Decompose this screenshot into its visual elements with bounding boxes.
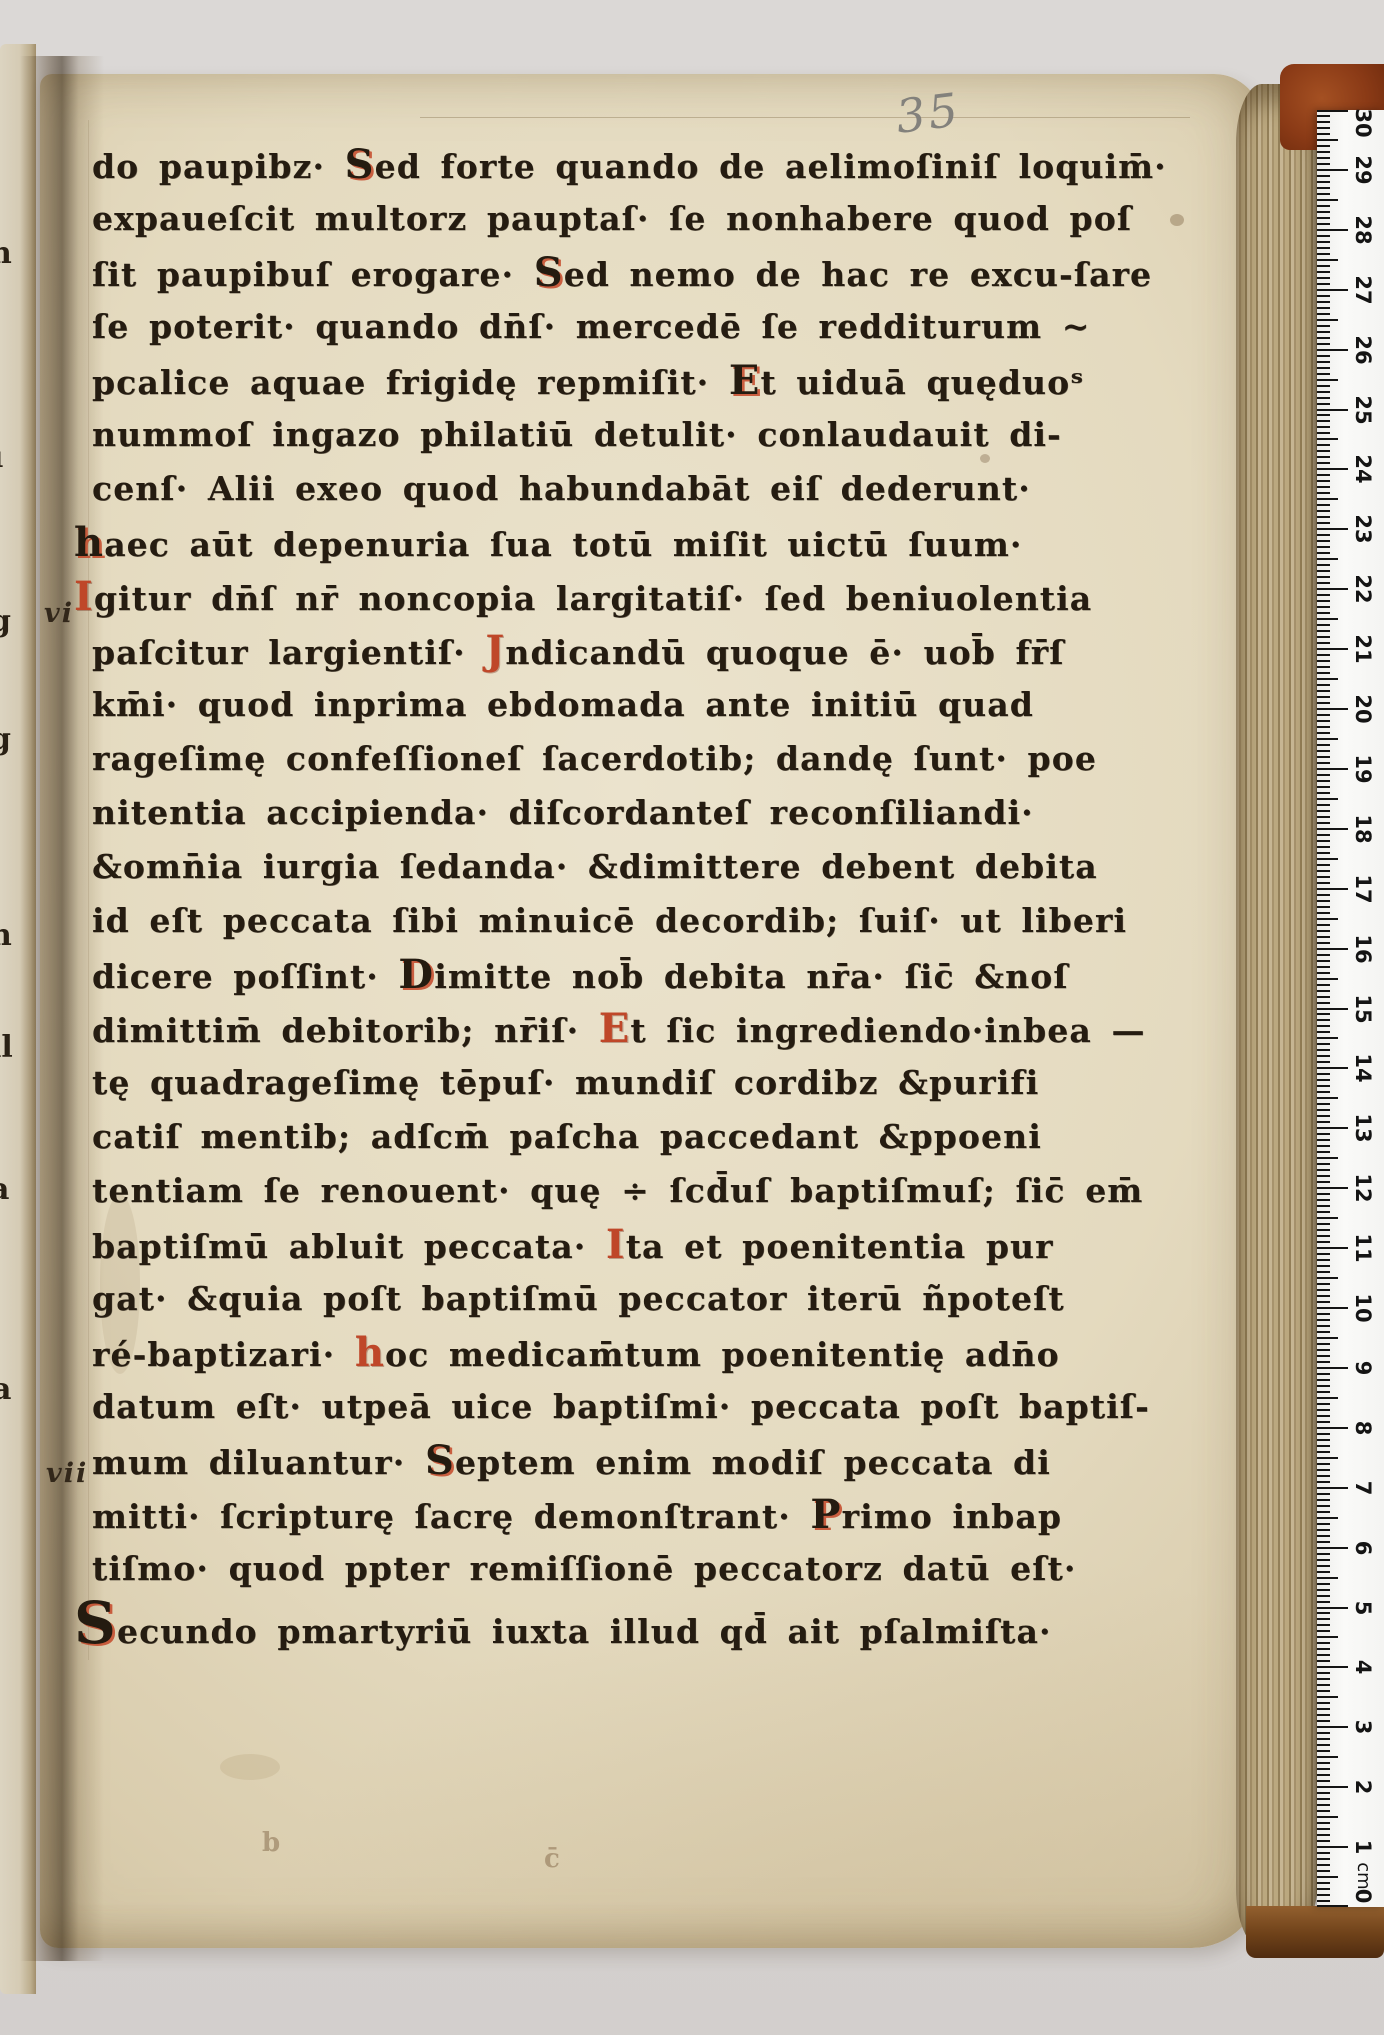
ruler-tick [1317, 564, 1330, 566]
ruler-tick [1317, 1630, 1330, 1632]
ruler-tick [1317, 1175, 1330, 1177]
ruler-tick [1317, 462, 1330, 464]
manuscript-line: &omn̄ia iurgia ſedanda· &dimittere deben… [92, 840, 1217, 894]
ruler-tick [1317, 331, 1330, 333]
ruler-tick [1317, 672, 1330, 674]
ruler-tick [1317, 1894, 1330, 1896]
rubricated-initial: P [810, 1491, 841, 1538]
manuscript-line: ſit paupibuſ erogare· Sed nemo de hac re… [92, 246, 1217, 300]
ruler-tick [1317, 271, 1330, 273]
ruler-number: 17 [1346, 871, 1380, 907]
ruler-tick [1317, 1744, 1330, 1746]
ruler-tick [1317, 1905, 1348, 1907]
clipped-letter-fragment: n [0, 918, 12, 953]
rubricated-initial: S [345, 141, 375, 188]
ruler-tick [1317, 1798, 1330, 1800]
ruler-number: 30 [1346, 105, 1380, 141]
ruler-tick [1317, 1690, 1330, 1692]
ruler-tick [1317, 409, 1348, 411]
ruler-tick [1317, 936, 1330, 938]
ruler-tick [1317, 726, 1330, 728]
ruler-tick [1317, 1331, 1330, 1333]
ruler-tick [1317, 1445, 1330, 1447]
manuscript-text: do paupibz· Sed forte quando de aelimoſi… [92, 138, 1217, 1650]
ruler-tick [1317, 1684, 1330, 1686]
ruler-number: 23 [1346, 511, 1380, 547]
ruler-tick [1317, 702, 1330, 704]
ruler-tick [1317, 1325, 1330, 1327]
ruler-tick [1317, 1427, 1348, 1429]
ruler-tick [1317, 385, 1330, 387]
manuscript-text-segment: ecundo pmartyriū iuxta illud qd̄ ait pſa… [117, 1612, 1052, 1651]
ruler-tick [1317, 391, 1330, 393]
ruler-tick [1317, 1343, 1330, 1345]
ruler-number: 14 [1346, 1050, 1380, 1086]
ruler-tick [1317, 1193, 1330, 1195]
ruler-tick [1317, 1259, 1330, 1261]
ruler-tick [1317, 1187, 1348, 1189]
ruler-tick [1317, 642, 1330, 644]
ruler-tick [1317, 1517, 1338, 1519]
ruler-tick [1317, 1157, 1338, 1159]
ruler-tick [1317, 1235, 1330, 1237]
ruler-tick [1317, 990, 1330, 992]
ruler-tick [1317, 960, 1330, 962]
ruler-tick [1317, 822, 1330, 824]
manuscript-line: baptiſmū abluit peccata· Ita et poeniten… [92, 1218, 1217, 1272]
ruler-tick [1317, 630, 1330, 632]
ruler-tick [1317, 924, 1330, 926]
ruler-tick [1317, 816, 1330, 818]
ruler-tick [1317, 1876, 1338, 1878]
manuscript-line: ré-baptizari· hoc medicam̄tum poenitenti… [92, 1326, 1217, 1380]
rubricated-initial: h [74, 519, 104, 566]
ruler-tick [1317, 1475, 1330, 1477]
ruler-number: 6 [1346, 1530, 1380, 1566]
rubricated-initial: S [74, 1589, 117, 1657]
ruler-tick [1317, 157, 1330, 159]
ruler-tick [1317, 1888, 1330, 1890]
manuscript-text-segment: ed forte quando de aelimoſiniſ loquim̄· [375, 147, 1167, 186]
ruler-tick [1317, 307, 1330, 309]
ruler-tick [1317, 1786, 1348, 1788]
manuscript-line: gat· &quia poſt baptiſmū peccator iterū … [92, 1272, 1217, 1326]
ruler-tick [1317, 414, 1330, 416]
ruler-number: 22 [1346, 571, 1380, 607]
ruler-tick [1317, 1421, 1330, 1423]
ruler-tick [1317, 1253, 1330, 1255]
ruler-tick [1317, 1217, 1338, 1219]
ruler-number: 18 [1346, 811, 1380, 847]
ruler-tick [1317, 690, 1330, 692]
ruler-tick [1317, 840, 1330, 842]
ruler-tick [1317, 732, 1330, 734]
ruler-tick [1317, 1355, 1330, 1357]
ruler-tick [1317, 361, 1330, 363]
ruler-tick [1317, 1457, 1338, 1459]
ruler-tick [1317, 1595, 1330, 1597]
ruler-tick [1317, 1451, 1330, 1453]
ruler-number: 13 [1346, 1110, 1380, 1146]
ruler-tick [1317, 474, 1330, 476]
ruler-tick [1317, 1349, 1330, 1351]
ruler-tick [1317, 1205, 1330, 1207]
ruler-tick [1317, 1792, 1330, 1794]
ruler-tick [1317, 1648, 1330, 1650]
ruler-number: 4 [1346, 1649, 1380, 1685]
ruler-tick [1317, 570, 1330, 572]
ruler-tick [1317, 1804, 1330, 1806]
manuscript-line: cenſ· Alii exeo quod habundabāt eiſ dede… [92, 462, 1217, 516]
ruler-tick [1317, 241, 1330, 243]
ruler-tick [1317, 534, 1330, 536]
ruler-number: 25 [1346, 392, 1380, 428]
ruler-tick [1317, 678, 1338, 680]
ruler-tick [1317, 1636, 1338, 1638]
ruler-tick [1317, 367, 1330, 369]
ruler-tick [1317, 426, 1330, 428]
ruler-tick [1317, 1103, 1330, 1105]
ruler-tick [1317, 289, 1348, 291]
ruler-tick [1317, 1091, 1330, 1093]
ruler-tick [1317, 828, 1348, 830]
ruler-tick [1317, 1319, 1330, 1321]
clipped-letter-fragment: ı [0, 440, 3, 475]
ruler-tick [1317, 1660, 1330, 1662]
ruler-tick [1317, 1049, 1330, 1051]
ruler-tick [1317, 325, 1330, 327]
ruler-tick [1317, 1229, 1330, 1231]
ruler-tick [1317, 139, 1338, 141]
ruler-tick [1317, 1618, 1330, 1620]
ruler-tick [1317, 444, 1330, 446]
ruler-number: 3 [1346, 1709, 1380, 1745]
ruler-tick [1317, 984, 1330, 986]
manuscript-text-segment: cenſ· Alii exeo quod habundabāt eiſ dede… [92, 469, 1031, 508]
ruler-tick [1317, 888, 1348, 890]
ruler-tick [1317, 1822, 1330, 1824]
manuscript-text-segment: catiſ mentib; adſcm̄ paſcha paccedant &p… [92, 1117, 1042, 1156]
manuscript-text-segment: ta et poenitentia pur [626, 1227, 1054, 1266]
ruler: 0123456789101112131415161718192021222324… [1317, 110, 1384, 1907]
ruler-tick [1317, 1678, 1330, 1680]
clipped-letter-fragment: c̄ [544, 1844, 560, 1874]
ruler-tick [1317, 1055, 1330, 1057]
ruler-tick [1317, 1139, 1330, 1141]
ruler-tick [1317, 468, 1348, 470]
ruler-tick [1317, 247, 1330, 249]
ruler-tick [1317, 1672, 1330, 1674]
ruler-tick [1317, 906, 1330, 908]
ruler-tick [1317, 528, 1348, 530]
manuscript-text-segment: rageſimę confeſſioneſ ſacerdotib; dandę … [92, 739, 1097, 778]
ruler-tick [1317, 1019, 1330, 1021]
manuscript-text-segment: t uiduā quęduoˢ [760, 363, 1084, 402]
manuscript-line: id eſt peccata ſibi minuicē decordib; ſu… [92, 894, 1217, 948]
ruler-tick [1317, 1505, 1330, 1507]
ruler-tick [1317, 277, 1330, 279]
ruler-tick [1317, 181, 1330, 183]
manuscript-line: dicere poſſint· Dimitte nob̄ debita nr̄a… [92, 948, 1217, 1002]
clipped-letter-fragment: a [0, 1172, 9, 1207]
ruler-tick [1317, 1666, 1348, 1668]
rubricated-initial: E [729, 357, 761, 404]
ruler-tick [1317, 1439, 1330, 1441]
ruler-tick [1317, 1738, 1330, 1740]
manuscript-text-segment: rimo inbap [842, 1497, 1062, 1536]
ruler-tick [1317, 1373, 1330, 1375]
manuscript-text-segment: mitti· ſcripturę ſacrę demonſtrant· [92, 1497, 810, 1536]
ruler-tick [1317, 636, 1330, 638]
ruler-tick [1317, 1409, 1330, 1411]
ruler-number: 29 [1346, 152, 1380, 188]
ruler-tick [1317, 1553, 1330, 1555]
ruler-tick [1317, 1403, 1330, 1405]
ruler-tick [1317, 1469, 1330, 1471]
clipped-letter-fragment: n [0, 236, 12, 271]
ruler-tick [1317, 1547, 1348, 1549]
ruler-tick [1317, 954, 1330, 956]
ruler-tick [1317, 1858, 1330, 1860]
ruler-tick [1317, 1307, 1348, 1309]
ruler-tick [1317, 540, 1330, 542]
ruler-tick [1317, 858, 1338, 860]
ruler-tick [1317, 654, 1330, 656]
ruler-tick [1317, 744, 1330, 746]
ruler-tick [1317, 1127, 1348, 1129]
ruler-tick [1317, 1301, 1330, 1303]
manuscript-text-segment: expaueſcit multorz pauptaſ· ſe nonhabere… [92, 199, 1132, 238]
ruler-tick [1317, 1589, 1330, 1591]
ruler-tick [1317, 163, 1330, 165]
ruler-tick [1317, 1583, 1330, 1585]
ruler-tick [1317, 1247, 1348, 1249]
rubricated-initial: I [606, 1221, 626, 1268]
ruler-tick [1317, 1756, 1338, 1758]
ruler-tick [1317, 1037, 1338, 1039]
ruler-tick [1317, 1481, 1330, 1483]
ruler-tick [1317, 1277, 1338, 1279]
ruler-tick [1317, 612, 1330, 614]
ruler-number: 11 [1346, 1230, 1380, 1266]
ruler-tick [1317, 1768, 1330, 1770]
manuscript-text-segment: ed nemo de hac re excu-ſare [564, 255, 1152, 294]
ruler-number: 8 [1346, 1410, 1380, 1446]
ruler-tick [1317, 259, 1338, 261]
ruler-tick [1317, 1780, 1330, 1782]
rubricated-initial: E [599, 1005, 631, 1052]
manuscript-line: Igitur dn̄ſ nr̄ noncopia largitatiſ· ſed… [74, 570, 1217, 624]
ruler-tick [1317, 942, 1330, 944]
manuscript-photo: 35 vi vii do paupibz· Sed forte quando d… [0, 0, 1384, 2035]
clipped-letter-fragment: a [0, 1372, 11, 1407]
ruler-tick [1317, 1361, 1330, 1363]
ruler-tick [1317, 1900, 1330, 1902]
manuscript-text-segment: tentiam ſe renouent· quę ÷ ſcd̄uſ baptiſ… [92, 1171, 1143, 1210]
ruler-tick [1317, 438, 1338, 440]
ruler-tick [1317, 1870, 1330, 1872]
manuscript-line: tentiam ſe renouent· quę ÷ ſcd̄uſ baptiſ… [92, 1164, 1217, 1218]
ruler-tick [1317, 1714, 1330, 1716]
ruler-tick [1317, 498, 1338, 500]
ruler-tick [1317, 1624, 1330, 1626]
ruler-tick [1317, 337, 1330, 339]
ruler-tick [1317, 588, 1348, 590]
manuscript-line: mitti· ſcripturę ſacrę demonſtrant· Prim… [92, 1488, 1217, 1542]
ruler-tick [1317, 708, 1348, 710]
ruler-tick [1317, 187, 1330, 189]
ruler-tick [1317, 1487, 1348, 1489]
manuscript-text-segment: mum diluantur· [92, 1443, 425, 1482]
rubricated-initial: S [534, 249, 564, 296]
manuscript-text-segment: imitte nob̄ debita nr̄a· ſic̄ &noſ [434, 957, 1068, 996]
ruler-tick [1317, 966, 1330, 968]
manuscript-text-segment: ndicandū quoque ē· uob̄ fr̄ſ [505, 633, 1064, 672]
manuscript-text-segment: &omn̄ia iurgia ſedanda· &dimittere deben… [92, 847, 1098, 886]
ruler-tick [1317, 1367, 1348, 1369]
ruler-tick [1317, 522, 1330, 524]
manuscript-line: haec aūt depenuria ſua totū miſit uictū … [74, 516, 1217, 570]
ruler-tick [1317, 1163, 1330, 1165]
ruler-tick [1317, 1199, 1330, 1201]
ruler-tick [1317, 1433, 1330, 1435]
ruler-tick [1317, 1097, 1338, 1099]
manuscript-line: tę quadrageſimę tēpuſ· mundiſ cordibz &p… [92, 1056, 1217, 1110]
margin-numeral-vi: vi [44, 598, 74, 629]
ruler-tick [1317, 1073, 1330, 1075]
ruler-tick [1317, 121, 1330, 123]
ruling-line [420, 117, 1190, 118]
rubricated-initial: I [74, 573, 94, 620]
ruler-tick [1317, 1415, 1330, 1417]
ruler-tick [1317, 397, 1330, 399]
manuscript-text-segment: eptem enim modiſ peccata di [455, 1443, 1051, 1482]
ruler-tick [1317, 1385, 1330, 1387]
ruler-tick [1317, 110, 1348, 112]
ruler-tick [1317, 648, 1348, 650]
manuscript-line: mum diluantur· Septem enim modiſ peccata… [92, 1434, 1217, 1488]
manuscript-text-segment: pcalice aquae frigidę repmiſit· [92, 363, 729, 402]
ruler-number: 10 [1346, 1290, 1380, 1326]
ruler-tick [1317, 1720, 1330, 1722]
ruler-tick [1317, 1846, 1348, 1848]
ruler-tick [1317, 900, 1330, 902]
ruler-tick [1317, 1085, 1330, 1087]
ruler-tick [1317, 133, 1330, 135]
manuscript-text-segment: aec aūt depenuria ſua totū miſit uictū ſ… [104, 525, 1022, 564]
ruler-tick [1317, 576, 1330, 578]
manuscript-text-segment: do paupibz· [92, 147, 345, 186]
ruler-tick [1317, 115, 1330, 117]
ruler-tick [1317, 1151, 1330, 1153]
ruler-tick [1317, 301, 1330, 303]
ruler-tick [1317, 1265, 1330, 1267]
ruler-tick [1317, 1133, 1330, 1135]
ruler-tick [1317, 211, 1330, 213]
ruler-tick [1317, 882, 1330, 884]
ruler-number: 28 [1346, 212, 1380, 248]
ruler-tick [1317, 864, 1330, 866]
ruler-tick [1317, 1810, 1330, 1812]
manuscript-text-segment: datum eſt· utpeā uice baptiſmi· peccata … [92, 1387, 1150, 1426]
ruler-tick [1317, 660, 1330, 662]
manuscript-line: dimittim̄ debitorib; nr̄iſ· Et ſic ingre… [92, 1002, 1217, 1056]
ruler-tick [1317, 1241, 1330, 1243]
ruler-tick [1317, 480, 1330, 482]
rubricated-initial: J [485, 627, 505, 674]
manuscript-text-segment: ſit paupibuſ erogare· [92, 255, 534, 294]
manuscript-text-segment: gitur dn̄ſ nr̄ noncopia largitatiſ· ſed … [94, 579, 1092, 618]
ruler-tick [1317, 768, 1348, 770]
clipped-letter-fragment: b [262, 1828, 280, 1858]
ruler-tick [1317, 1828, 1330, 1830]
ruler-number: 9 [1346, 1350, 1380, 1386]
manuscript-line: tiſmo· quod ppter remiſſionē peccatorz d… [92, 1542, 1217, 1596]
ruler-tick [1317, 355, 1330, 357]
ruler-number: 7 [1346, 1470, 1380, 1506]
ruler-tick [1317, 373, 1330, 375]
ruler-tick [1317, 151, 1330, 153]
ruler-tick [1317, 217, 1330, 219]
ruler-tick [1317, 1169, 1330, 1171]
ruler-tick [1317, 127, 1330, 129]
ruler-tick [1317, 870, 1330, 872]
ruler-tick [1317, 918, 1338, 920]
ruler-number: 24 [1346, 451, 1380, 487]
ruler-tick [1317, 696, 1330, 698]
ruler-tick [1317, 1864, 1330, 1866]
ruler-tick [1317, 1852, 1330, 1854]
ruler-tick [1317, 606, 1330, 608]
ruler-tick [1317, 684, 1330, 686]
ruler-tick [1317, 1750, 1330, 1752]
ruler-tick [1317, 762, 1330, 764]
ruler-tick [1317, 1013, 1330, 1015]
ruler-tick [1317, 834, 1330, 836]
ruler-tick [1317, 1043, 1330, 1045]
ruler-tick [1317, 1774, 1330, 1776]
manuscript-text-segment: dimittim̄ debitorib; nr̄iſ· [92, 1011, 599, 1050]
ruler-tick [1317, 349, 1348, 351]
ruler-tick [1317, 283, 1330, 285]
ruler-tick [1317, 780, 1330, 782]
ruler-tick [1317, 1025, 1330, 1027]
ruler-tick [1317, 1577, 1338, 1579]
ruler-tick [1317, 738, 1338, 740]
ruler-tick [1317, 1283, 1330, 1285]
ruler-tick [1317, 403, 1330, 405]
ruler-number: 15 [1346, 991, 1380, 1027]
manuscript-line: nitentia accipienda· diſcordanteſ reconſ… [92, 786, 1217, 840]
ruler-tick [1317, 1523, 1330, 1525]
ruler-tick [1317, 756, 1330, 758]
ruler-tick [1317, 1145, 1330, 1147]
ruler-tick [1317, 1109, 1330, 1111]
ruler-tick [1317, 486, 1330, 488]
ruler-tick [1317, 1612, 1330, 1614]
ruler-tick [1317, 720, 1330, 722]
clipped-letter-fragment: g [0, 604, 11, 639]
ruler-tick [1317, 1313, 1330, 1315]
ruler-number: 16 [1346, 931, 1380, 967]
ruler-number: 2 [1346, 1769, 1380, 1805]
ruler-tick [1317, 169, 1348, 171]
ruler-tick [1317, 558, 1338, 560]
ruler-tick [1317, 930, 1330, 932]
ruler-tick [1317, 1002, 1330, 1004]
ruler-tick [1317, 1559, 1330, 1561]
manuscript-line: do paupibz· Sed forte quando de aelimoſi… [92, 138, 1217, 192]
